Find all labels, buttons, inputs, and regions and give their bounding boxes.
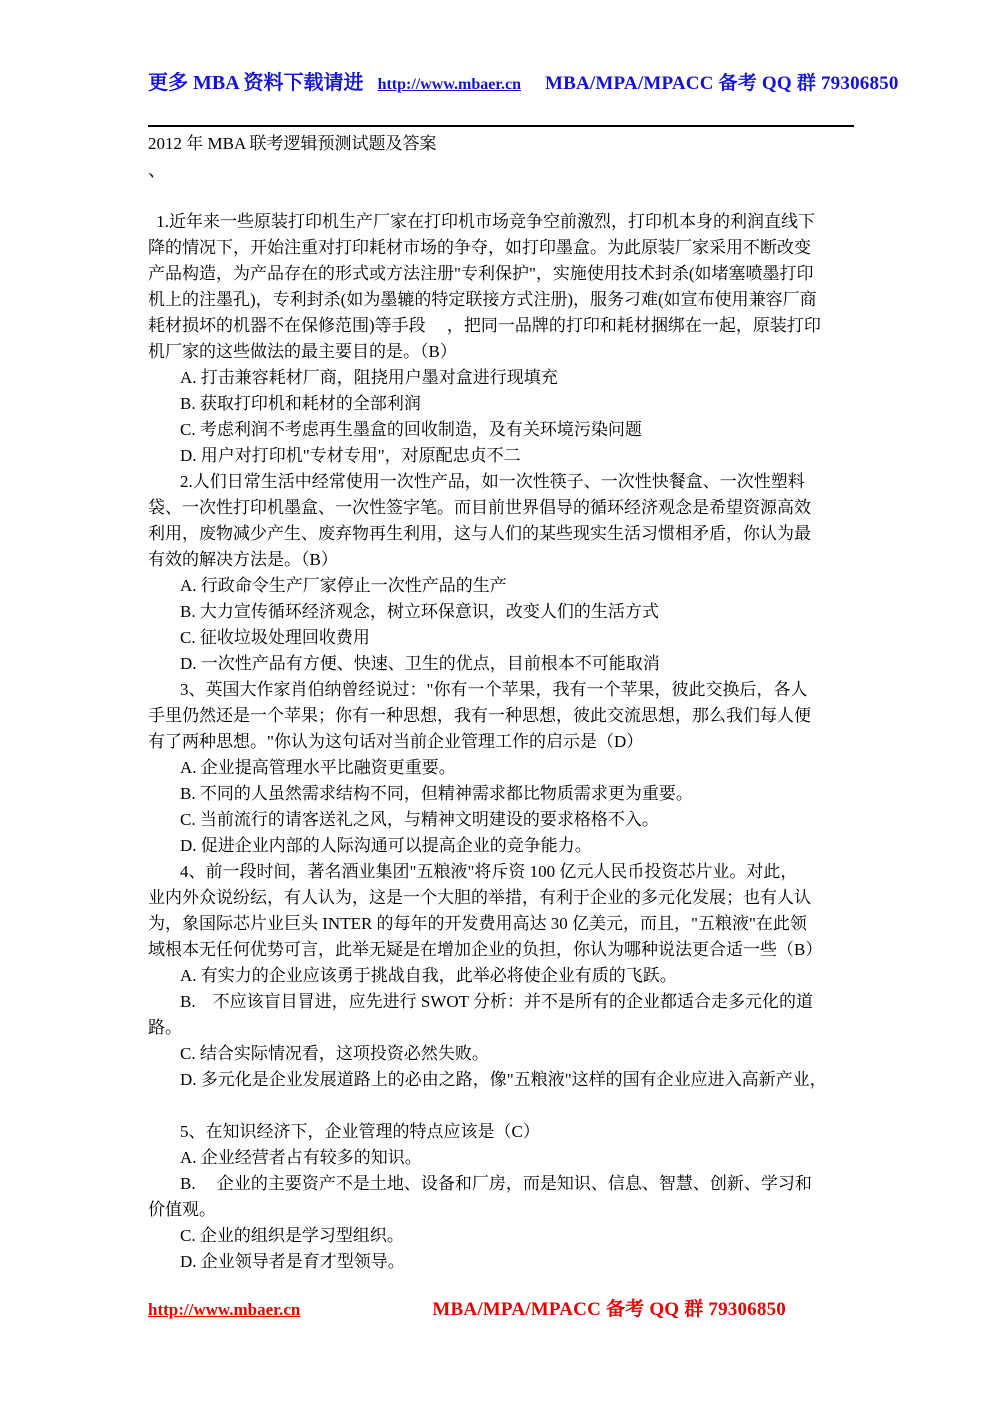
- header-url-link[interactable]: http://www.mbaer.cn: [378, 76, 521, 93]
- footer-url-link[interactable]: http://www.mbaer.cn: [148, 1300, 300, 1319]
- text-line: 3、英国大作家肖伯纳曾经说过："你有一个苹果，我有一个苹果，彼此交换后，各人: [148, 677, 850, 703]
- text-line: 有了两种思想。"你认为这句话对当前企业管理工作的启示是（D）: [148, 729, 850, 755]
- text-line: A. 有实力的企业应该勇于挑战自我，此举必将使企业有质的飞跃。: [148, 963, 850, 989]
- header-divider-line: [148, 125, 854, 127]
- header-promo-text: 更多 MBA 资料下载请进: [148, 72, 364, 94]
- text-line: B. 企业的主要资产不是土地、设备和厂房，而是知识、信息、智慧、创新、学习和: [148, 1171, 850, 1197]
- header-qq-group-text: MBA/MPA/MPACC 备考 QQ 群 79306850: [545, 68, 899, 95]
- text-line: 机上的注墨孔)，专利封杀(如为墨辘的特定联接方式注册)，服务刁难(如宣布使用兼容…: [148, 287, 850, 313]
- text-line: 产品构造，为产品存在的形式或方法注册"专利保护"，实施使用技术封杀(如堵塞喷墨打…: [148, 261, 850, 287]
- text-line: A. 行政命令生产厂家停止一次性产品的生产: [148, 573, 850, 599]
- document-body: 1.近年来一些原装打印机生产厂家在打印机市场竞争空前激烈，打印机本身的利润直线下…: [148, 209, 850, 1275]
- text-line: D. 促进企业内部的人际沟通可以提高企业的竞争能力。: [148, 833, 850, 859]
- text-line: 降的情况下，开始注重对打印耗材市场的争夺，如打印墨盒。为此原装厂家采用不断改变: [148, 235, 850, 261]
- text-line: B. 不应该盲目冒进，应先进行 SWOT 分析：并不是所有的企业都适合走多元化的…: [148, 989, 850, 1015]
- text-line: 1.近年来一些原装打印机生产厂家在打印机市场竞争空前激烈，打印机本身的利润直线下: [148, 209, 850, 235]
- text-line: 机厂家的这些做法的最主要目的是。（B）: [148, 339, 850, 365]
- stray-punctuation-mark: 、: [148, 157, 850, 183]
- text-line: D. 用户对打印机"专材专用"，对原配忠贞不二: [148, 443, 850, 469]
- doc-title: 2012 年 MBA 联考逻辑预测试题及答案: [148, 131, 850, 157]
- document-footer: http://www.mbaer.cn MBA/MPA/MPACC 备考 QQ …: [148, 1294, 850, 1321]
- text-line: 为，象国际芯片业巨头 INTER 的每年的开发费用高达 30 亿美元，而且，"五…: [148, 911, 850, 937]
- text-line: 4、前一段时间，著名酒业集团"五粮液"将斥资 100 亿元人民币投资芯片业。对此…: [148, 859, 850, 885]
- text-line: C. 结合实际情况看，这项投资必然失败。: [148, 1041, 850, 1067]
- text-line: 2.人们日常生活中经常使用一次性产品，如一次性筷子、一次性快餐盒、一次性塑料: [148, 469, 850, 495]
- text-line: 利用，废物减少产生、废弃物再生利用，这与人们的某些现实生活习惯相矛盾，你认为最: [148, 521, 850, 547]
- text-line: B. 不同的人虽然需求结构不同，但精神需求都比物质需求更为重要。: [148, 781, 850, 807]
- text-line: 业内外众说纷纭，有人认为，这是一个大胆的举措，有利于企业的多元化发展；也有人认: [148, 885, 850, 911]
- text-line: 耗材损坏的机器不在保修范围)等手段 ，把同一品牌的打印和耗材捆绑在一起，原装打印: [148, 313, 850, 339]
- text-line: D. 多元化是企业发展道路上的必由之路，像"五粮液"这样的国有企业应进入高新产业…: [148, 1067, 850, 1093]
- text-line: 价值观。: [148, 1197, 850, 1223]
- text-line: 5、在知识经济下，企业管理的特点应该是（C）: [148, 1119, 850, 1145]
- text-line: 路。: [148, 1015, 850, 1041]
- blank-line: [148, 1093, 850, 1119]
- text-line: A. 企业提高管理水平比融资更重要。: [148, 755, 850, 781]
- text-line: D. 一次性产品有方便、快速、卫生的优点，目前根本不可能取消: [148, 651, 850, 677]
- header-left-group: 更多 MBA 资料下载请进 http://www.mbaer.cn: [148, 66, 521, 95]
- document-header: 更多 MBA 资料下载请进 http://www.mbaer.cn MBA/MP…: [148, 66, 850, 95]
- text-line: C. 考虑利润不考虑再生墨盒的回收制造，及有关环境污染问题: [148, 417, 850, 443]
- text-line: C. 企业的组织是学习型组织。: [148, 1223, 850, 1249]
- text-line: C. 征收垃圾处理回收费用: [148, 625, 850, 651]
- text-line: 袋、一次性打印机墨盒、一次性签字笔。而目前世界倡导的循环经济观念是希望资源高效: [148, 495, 850, 521]
- text-line: B. 大力宣传循环经济观念，树立环保意识，改变人们的生活方式: [148, 599, 850, 625]
- text-line: B. 获取打印机和耗材的全部利润: [148, 391, 850, 417]
- blank-line: [148, 183, 850, 209]
- text-line: A. 企业经营者占有较多的知识。: [148, 1145, 850, 1171]
- footer-qq-group-text: MBA/MPA/MPACC 备考 QQ 群 79306850: [432, 1299, 786, 1320]
- text-line: D. 企业领导者是育才型领导。: [148, 1249, 850, 1275]
- text-line: A. 打击兼容耗材厂商，阻挠用户墨对盒进行现填充: [148, 365, 850, 391]
- text-line: 域根本无任何优势可言，此举无疑是在增加企业的负担，你认为哪种说法更合适一些（B）: [148, 937, 850, 963]
- page-content: 更多 MBA 资料下载请进 http://www.mbaer.cn MBA/MP…: [148, 0, 850, 1275]
- text-line: C. 当前流行的请客送礼之风，与精神文明建设的要求格格不入。: [148, 807, 850, 833]
- text-line: 手里仍然还是一个苹果；你有一种思想，我有一种思想，彼此交流思想，那么我们每人便: [148, 703, 850, 729]
- text-line: 有效的解决方法是。（B）: [148, 547, 850, 573]
